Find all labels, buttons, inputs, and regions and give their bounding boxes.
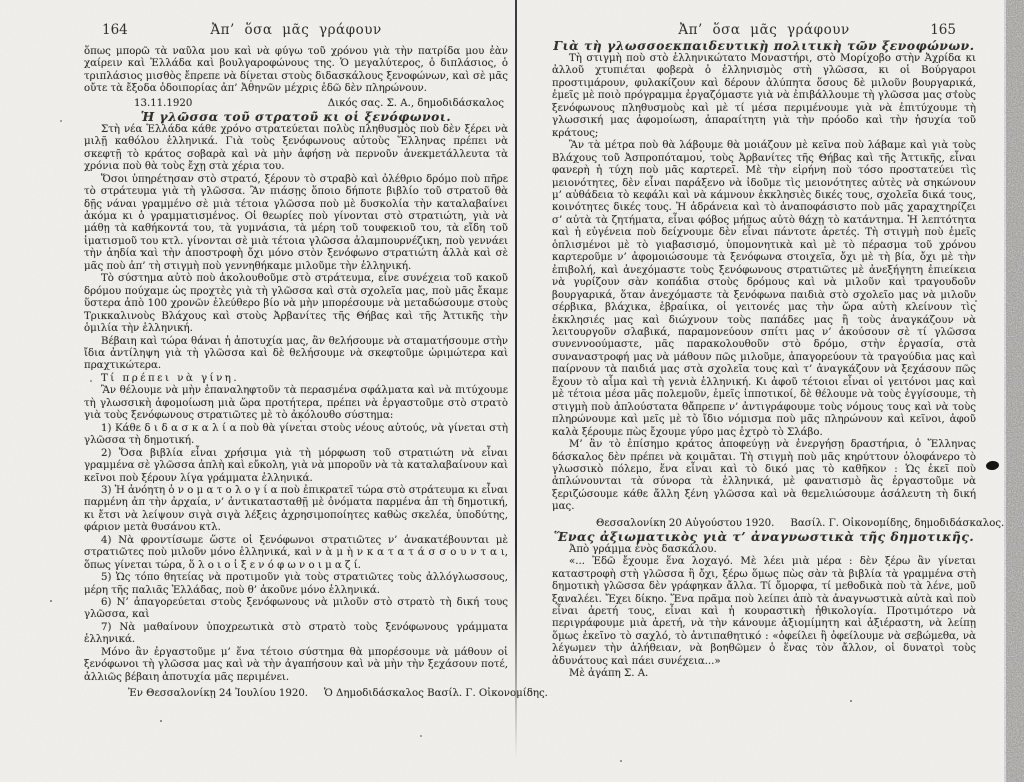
running-header-left: Ἀπ’ ὅσα μᾶς γράφουν (84, 22, 508, 38)
list-item: 2) Ὅσα βιβλία εἶναι χρήσιμα γιὰ τὴ μόρφω… (84, 448, 508, 485)
article-signature-left: Ἐν Θεσσαλονίκῃ 24 Ἰουλίου 1920. Ὁ Δημοδι… (84, 687, 508, 700)
closing-paragraph: Μόνο ἂν ἐργαστοῦμε μ’ ἕνα τέτοιο σύστημα… (84, 647, 508, 684)
list-intro-paragraph: Ἂν θέλουμε νὰ μὴν ἐπαναληφτοῦν τὰ περασμ… (84, 385, 508, 422)
intro-signature-row: 13.11.1920 Δικός σας. Σ. Α., δημοδιδάσκα… (84, 96, 508, 110)
intro-date: 13.11.1920 (134, 97, 192, 110)
paragraph: Ὅσοι ὑπηρέτησαν στὸ στρατό, ξέρουν τὸ στ… (84, 174, 508, 274)
article-title-left: Ἡ γλῶσσα τοῦ στρατοῦ κι οἱ ξενόφωνοι. (84, 110, 508, 124)
page-number-left: 164 (102, 22, 128, 38)
dust-specks (0, 0, 2, 2)
article-title-right-1: Γιὰ τὴ γλωσσοεκπαιδευτικὴ πολιτικὴ τῶν ξ… (552, 39, 976, 53)
signature-place-date: Ἐν Θεσσαλονίκῃ 24 Ἰουλίου 1920. (128, 687, 308, 700)
intro-signature: Δικός σας. Σ. Α., δημοδιδάσκαλος (328, 97, 504, 110)
list-item: 5) Ὡς τόπο θητείας νὰ προτιμοῦν γιὰ τοὺς… (84, 572, 508, 597)
scanned-book-spread: 164 Ἀπ’ ὅσα μᾶς γράφουν ὅπως μπορῶ τὰ να… (0, 0, 1024, 782)
signature-place-date: Θεσσαλονίκη 20 Αὐγούστου 1920. (596, 517, 774, 530)
list-item: 4) Νὰ φροντίσωμε ὥστε οἱ ξενόφωνοι στρατ… (84, 535, 508, 572)
page-number-right: 165 (930, 22, 956, 38)
list-item: 1) Κάθε δ ι δ α σ κ α λ ί α ποὺ θὰ γίνετ… (84, 423, 508, 448)
page-fold-line (515, 0, 517, 782)
list-item: 7) Νὰ μαθαίνουν ὑποχρεωτικὰ στὸ στρατὸ τ… (84, 622, 508, 647)
letter-source-line: Ἀπὸ γράμμα ἑνὸς δασκάλου. (552, 544, 976, 556)
paragraph: Ἂν τὰ μέτρα ποὺ θὰ λάβουμε θὰ μοιάζουν μ… (552, 140, 976, 439)
signature-name: Βασίλ. Γ. Οἰκονομίδης, δημοδιδάσκαλος. (790, 517, 1004, 530)
letter-signature: Μὲ ἀγάπη Σ. Α. (552, 668, 976, 680)
intro-continuation-paragraph: ὅπως μπορῶ τὰ ναῦλα μου καὶ νὰ φύγω τοῦ … (84, 46, 508, 96)
subheading: Τί πρέπει νὰ γίνη. (84, 373, 508, 385)
ink-dot (985, 460, 999, 471)
paragraph: Μ’ ἂν τὸ ἐπίσημο κράτος ἀποφεύγῃ νὰ ἐνερ… (552, 439, 976, 514)
paragraph: Τὸ σύστημα αὐτὸ ποὺ ἀκολουθοῦμε στὸ στρά… (84, 273, 508, 335)
scan-edge-band (1006, 0, 1024, 782)
page-right-header: Ἀπ’ ὅσα μᾶς γράφουν 165 (552, 22, 976, 39)
page-right: Ἀπ’ ὅσα μᾶς γράφουν 165 Γιὰ τὴ γλωσσοεκπ… (552, 0, 976, 681)
running-header-right: Ἀπ’ ὅσα μᾶς γράφουν (552, 22, 976, 38)
page-left: 164 Ἀπ’ ὅσα μᾶς γράφουν ὅπως μπορῶ τὰ να… (84, 0, 508, 700)
article-title-right-2: Ἕνας ἀξιωματικὸς γιὰ τ’ ἀναγνωστικὰ τῆς … (552, 530, 976, 544)
list-item: 6) Ν’ ἀπαγορεύεται στοὺς ξενόφωνους νὰ μ… (84, 597, 508, 622)
article-signature-right: Θεσσαλονίκη 20 Αὐγούστου 1920. Βασίλ. Γ.… (552, 517, 976, 530)
paragraph: Τὴ στιγμὴ ποὺ στὸ ἑλληνικώτατο Μοναστήρι… (552, 53, 976, 140)
page-left-header: 164 Ἀπ’ ὅσα μᾶς γράφουν (84, 22, 508, 39)
letter-quote-paragraph: «... Ἐδῶ ἔχουμε ἕνα λοχαγό. Μὲ λέει μιὰ … (552, 556, 976, 668)
paragraph: Βέβαιη καὶ τώρα θάναι ἡ ἀποτυχία μας, ἂν… (84, 336, 508, 373)
list-item: 3) Ἡ ἀνόητη ὀ ν ο μ α τ ο λ ο γ ί α ποὺ … (84, 485, 508, 535)
paragraph: Στὴ νέα Ἑλλάδα κάθε χρόνο στρατεύεται πο… (84, 124, 508, 174)
